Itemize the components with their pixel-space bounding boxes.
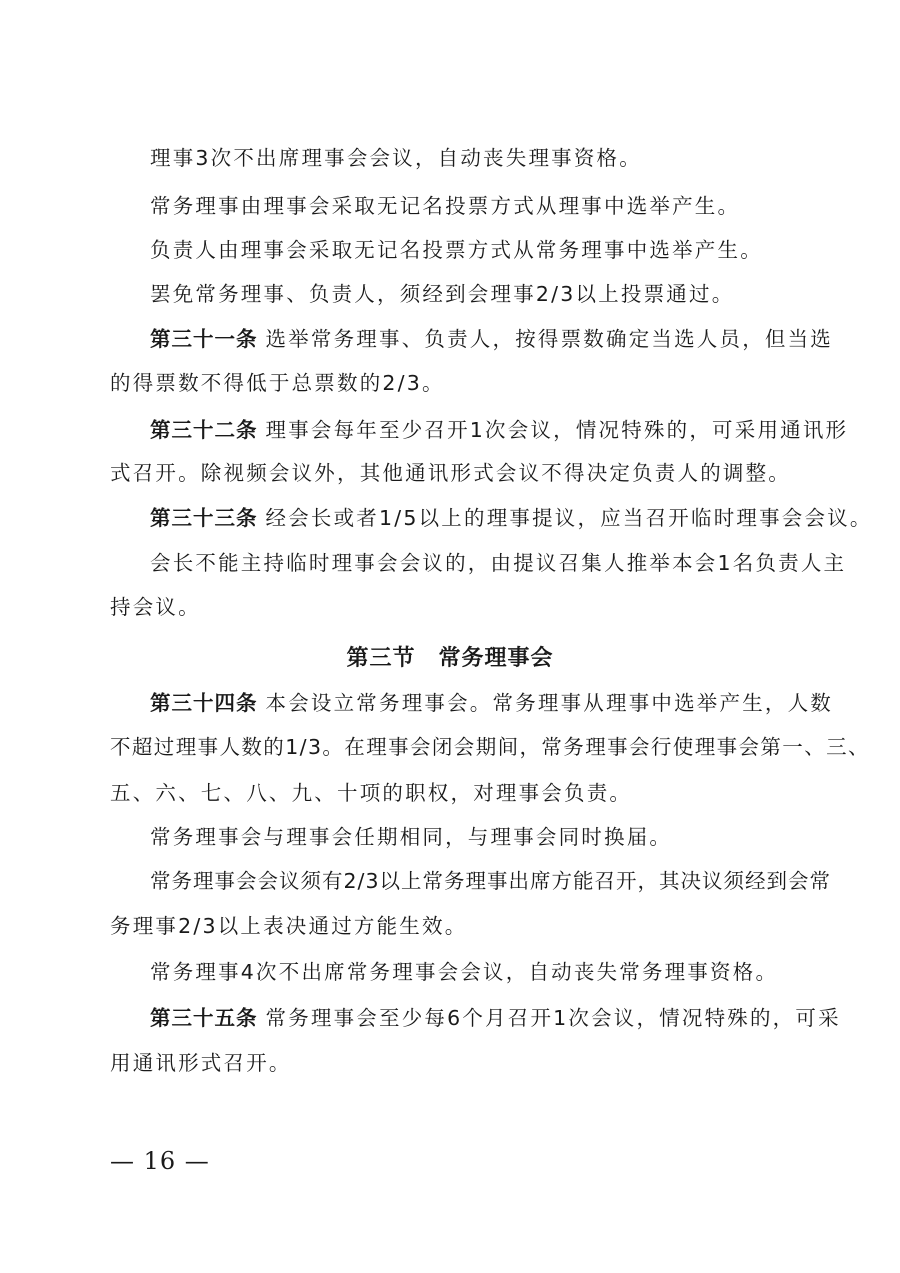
article-31-cont: 的得票数不得低于总票数的2/3。 — [110, 368, 800, 398]
article-number: 第三十二条 — [150, 418, 258, 442]
paragraph: 会长不能主持临时理事会会议的，由提议召集人推举本会1名负责人主 — [150, 548, 840, 578]
paragraph: 常务理事由理事会采取无记名投票方式从理事中选举产生。 — [150, 191, 840, 221]
paragraph: 常务理事4次不出席常务理事会会议，自动丧失常务理事资格。 — [150, 957, 840, 987]
article-number: 第三十一条 — [150, 327, 258, 351]
article-34-cont: 五、六、七、八、九、十项的职权，对理事会负责。 — [110, 778, 800, 808]
article-number: 第三十三条 — [150, 506, 258, 530]
article-34: 第三十四条本会设立常务理事会。常务理事从理事中选举产生，人数 — [150, 688, 840, 718]
page-number: — 16 — — [110, 1146, 210, 1176]
article-32: 第三十二条理事会每年至少召开1次会议，情况特殊的，可采用通讯形 — [150, 415, 840, 445]
document-page: 理事3次不出席理事会会议，自动丧失理事资格。 常务理事由理事会采取无记名投票方式… — [0, 0, 900, 1273]
article-text: 选举常务理事、负责人，按得票数确定当选人员，但当选 — [266, 327, 834, 351]
article-text: 常务理事会至少每6个月召开1次会议，情况特殊的，可采 — [266, 1006, 841, 1030]
article-31: 第三十一条选举常务理事、负责人，按得票数确定当选人员，但当选 — [150, 324, 840, 354]
paragraph-cont: 务理事2/3以上表决通过方能生效。 — [110, 911, 800, 941]
article-32-cont: 式召开。除视频会议外，其他通讯形式会议不得决定负责人的调整。 — [110, 458, 800, 488]
article-text: 理事会每年至少召开1次会议，情况特殊的，可采用通讯形 — [266, 418, 849, 442]
paragraph: 负责人由理事会采取无记名投票方式从常务理事中选举产生。 — [150, 235, 840, 265]
paragraph: 常务理事会与理事会任期相同，与理事会同时换届。 — [150, 822, 840, 852]
article-text: 本会设立常务理事会。常务理事从理事中选举产生，人数 — [266, 691, 834, 715]
article-35: 第三十五条常务理事会至少每6个月召开1次会议，情况特殊的，可采 — [150, 1003, 840, 1033]
article-text: 经会长或者1/5以上的理事提议，应当召开临时理事会会议。 — [266, 506, 873, 530]
article-number: 第三十五条 — [150, 1006, 258, 1030]
article-35-cont: 用通讯形式召开。 — [110, 1048, 800, 1078]
article-33: 第三十三条经会长或者1/5以上的理事提议，应当召开临时理事会会议。 — [150, 503, 840, 533]
section-heading: 第三节 常务理事会 — [0, 644, 900, 674]
paragraph-cont: 持会议。 — [110, 592, 800, 622]
paragraph: 常务理事会会议须有2/3以上常务理事出席方能召开，其决议须经到会常 — [150, 866, 840, 896]
paragraph: 理事3次不出席理事会会议，自动丧失理事资格。 — [150, 143, 840, 173]
article-34-cont: 不超过理事人数的1/3。在理事会闭会期间，常务理事会行使理事会第一、三、 — [110, 732, 800, 762]
article-number: 第三十四条 — [150, 691, 258, 715]
paragraph: 罢免常务理事、负责人，须经到会理事2/3以上投票通过。 — [150, 279, 840, 309]
